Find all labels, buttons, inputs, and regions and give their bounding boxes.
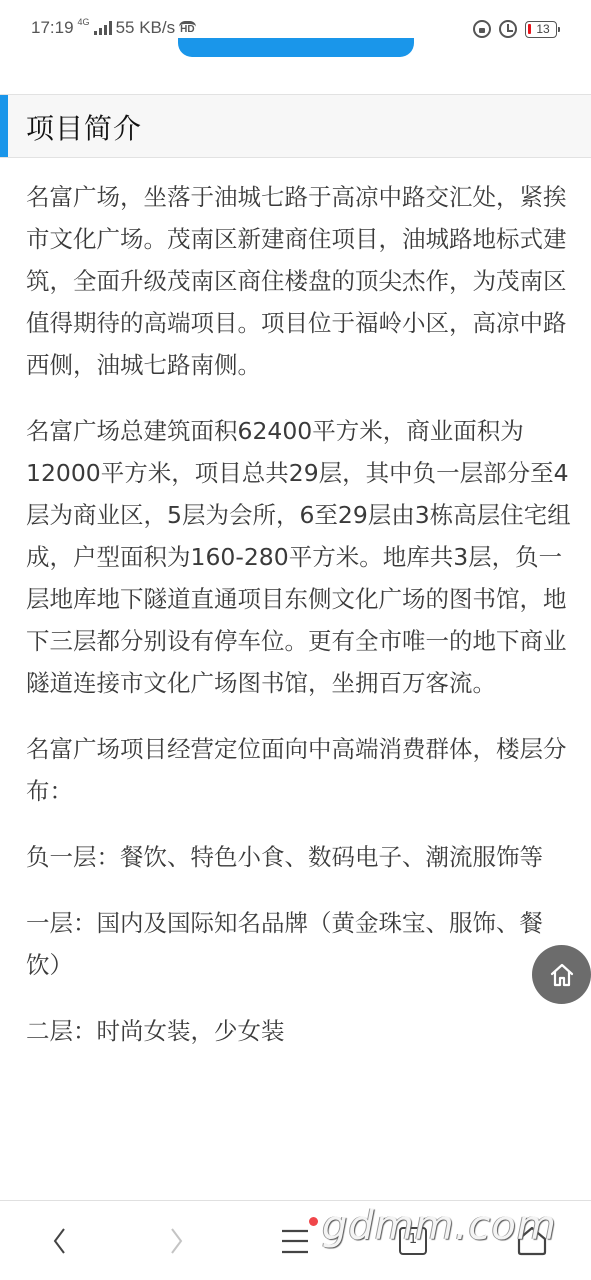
paragraph-floor-2: 二层：时尚女装，少女装 (26, 1010, 571, 1052)
forward-button[interactable] (154, 1219, 198, 1263)
home-outline-icon (516, 1225, 548, 1257)
article-content: 名富广场，坐落于油城七路于高凉中路交汇处，紧挨市文化广场。茂南区新建商住项目，油… (26, 176, 571, 1076)
tabs-count: 1 (409, 1232, 417, 1247)
section-title: 项目简介 (26, 107, 142, 147)
signal-icon (94, 21, 112, 35)
rotation-lock-icon (473, 20, 491, 38)
status-right: 13 (473, 20, 557, 38)
paragraph-positioning: 名富广场项目经营定位面向中高端消费群体，楼层分布： (26, 728, 571, 812)
back-button[interactable] (38, 1219, 82, 1263)
browser-bottom-bar: 1 gdmm.com (0, 1200, 591, 1280)
chevron-right-icon (168, 1227, 184, 1255)
status-left: 17:19 4G 55 KB/s HD (31, 18, 196, 38)
home-button[interactable] (510, 1219, 554, 1263)
tabs-button[interactable]: 1 (391, 1219, 435, 1263)
network-speed: 55 KB/s (116, 18, 176, 38)
battery-icon: 13 (525, 21, 557, 38)
notification-dot (309, 1217, 318, 1226)
menu-button[interactable] (273, 1219, 317, 1263)
home-icon (548, 961, 576, 989)
hd-voice-icon: HD (179, 21, 195, 36)
paragraph-area: 名富广场总建筑面积62400平方米，商业面积为12000平方米，项目总共29层，… (26, 410, 571, 704)
network-type: 4G (78, 17, 90, 27)
section-accent-bar (0, 95, 8, 157)
paragraph-floor-1: 一层：国内及国际知名品牌（黄金珠宝、服饰、餐饮） (26, 902, 571, 986)
clock: 17:19 (31, 18, 74, 38)
paragraph-floor-b1: 负一层：餐饮、特色小食、数码电子、潮流服饰等 (26, 836, 571, 878)
chevron-left-icon (52, 1227, 68, 1255)
paragraph-intro: 名富广场，坐落于油城七路于高凉中路交汇处，紧挨市文化广场。茂南区新建商住项目，油… (26, 176, 571, 386)
top-scroll-pill[interactable] (178, 38, 414, 57)
section-header: 项目简介 (0, 94, 591, 158)
menu-icon (281, 1227, 309, 1255)
alarm-icon (499, 20, 517, 38)
floating-home-button[interactable] (532, 945, 591, 1004)
